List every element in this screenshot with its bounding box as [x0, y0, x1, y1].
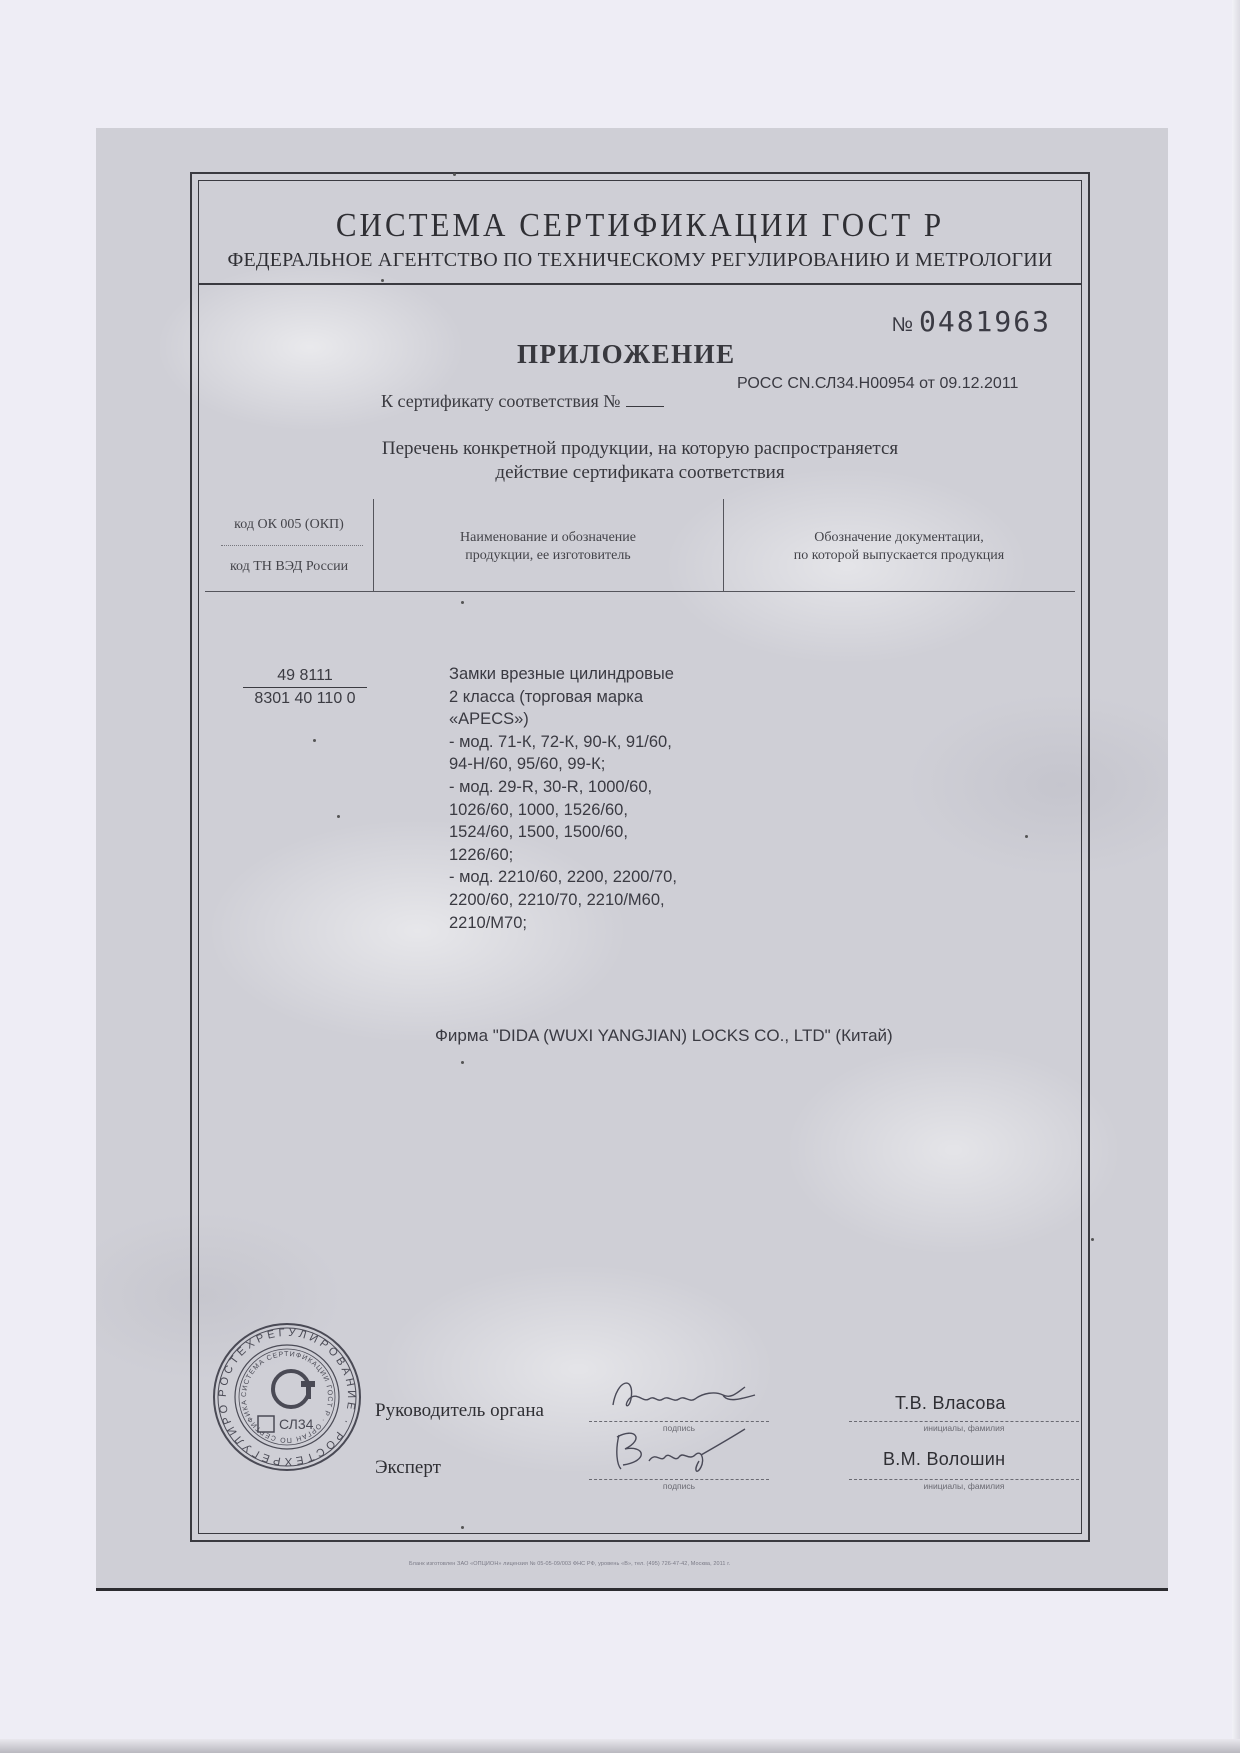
column-header-documentation-line2: по которой выпускается продукция — [723, 547, 1075, 565]
scan-speck — [461, 1061, 464, 1064]
page-edge — [1232, 0, 1240, 1753]
column-header-product-line1: Наименование и обозначение — [373, 529, 723, 547]
column-header-documentation: Обозначение документации, по которой вып… — [723, 499, 1075, 591]
page-shadow — [0, 1739, 1240, 1753]
head-name-caption: инициалы, фамилия — [849, 1423, 1079, 1433]
product-description-line: Замки врезные цилиндровые — [449, 663, 769, 686]
expert-signature-caption: подпись — [589, 1481, 769, 1491]
product-description-line: 1524/60, 1500, 1500/60, — [449, 821, 769, 844]
manufacturer: Фирма "DIDA (WUXI YANGJIAN) LOCKS CO., L… — [435, 1026, 893, 1046]
number-sign: № — [892, 314, 913, 336]
certificate-number-blank — [626, 406, 664, 407]
certificate-inner-frame: СИСТЕМА СЕРТИФИКАЦИИ ГОСТ Р ФЕДЕРАЛЬНОЕ … — [198, 180, 1082, 1534]
product-description-line: - мод. 2210/60, 2200, 2200/70, — [449, 866, 769, 889]
form-number: №0481963 — [892, 305, 1051, 338]
expert-name-line — [849, 1479, 1079, 1480]
column-header-codes: код ОК 005 (ОКП) код ТН ВЭД России — [205, 499, 374, 591]
head-name: Т.В. Власова — [895, 1393, 1006, 1414]
column-header-okp: код ОК 005 (ОКП) — [205, 517, 373, 533]
product-description-line: «APECS») — [449, 708, 769, 731]
column-header-documentation-line1: Обозначение документации, — [723, 529, 1075, 547]
certificate-frame: СИСТЕМА СЕРТИФИКАЦИИ ГОСТ Р ФЕДЕРАЛЬНОЕ … — [190, 172, 1090, 1542]
to-certificate-text: К сертификату соответствия № — [381, 391, 620, 411]
expert-name: В.М. Волошин — [883, 1449, 1005, 1470]
to-certificate-label: К сертификату соответствия № — [381, 391, 664, 412]
head-of-body-label: Руководитель органа — [375, 1400, 544, 1422]
column-header-tnved: код ТН ВЭД России — [205, 559, 373, 575]
codes-divider — [221, 545, 363, 546]
product-description-line: 2 класса (торговая марка — [449, 686, 769, 709]
scan-speck — [1091, 1238, 1094, 1241]
product-description: Замки врезные цилиндровые 2 класса (торг… — [449, 663, 769, 934]
product-description-line: - мод. 71-К, 72-К, 90-К, 91/60, — [449, 731, 769, 754]
expert-signature-line — [589, 1479, 769, 1480]
column-header-product: Наименование и обозначение продукции, ее… — [373, 499, 724, 591]
expert-signature-icon — [605, 1421, 765, 1481]
head-name-line — [849, 1421, 1079, 1422]
product-list-title-line2: действие сертификата соответствия — [199, 461, 1081, 485]
table-row-codes: 49 8111 8301 40 110 0 — [235, 667, 375, 708]
table-header: код ОК 005 (ОКП) код ТН ВЭД России Наиме… — [205, 499, 1075, 592]
system-title: СИСТЕМА СЕРТИФИКАЦИИ ГОСТ Р — [199, 206, 1081, 245]
scan-speck — [337, 815, 340, 818]
scan-speck — [461, 1526, 464, 1529]
code-tnved: 8301 40 110 0 — [235, 690, 375, 708]
product-list-title-line1: Перечень конкретной продукции, на котору… — [199, 437, 1081, 461]
product-description-line: 1026/60, 1000, 1526/60, — [449, 799, 769, 822]
expert-label: Эксперт — [375, 1457, 441, 1479]
certificate-reference: РОСС CN.СЛ34.Н00954 от 09.12.2011 — [737, 375, 1018, 393]
scan-speck — [1025, 835, 1028, 838]
page-title: ПРИЛОЖЕНИЕ — [517, 339, 736, 370]
scan-speck — [381, 279, 384, 282]
product-description-line: - мод. 29-R, 30-R, 1000/60, — [449, 776, 769, 799]
code-okp: 49 8111 — [243, 667, 367, 688]
column-header-product-line2: продукции, ее изготовитель — [373, 547, 723, 565]
product-list-title: Перечень конкретной продукции, на котору… — [199, 437, 1081, 485]
product-description-line: 94-Н/60, 95/60, 99-К; — [449, 753, 769, 776]
head-signature-icon — [605, 1369, 765, 1419]
svg-text:СЛ34: СЛ34 — [279, 1416, 314, 1432]
scan-speck — [453, 173, 456, 176]
scan-speck — [461, 601, 464, 604]
header-divider — [199, 283, 1081, 285]
sheet-bottom-rule — [96, 1588, 1168, 1591]
product-description-line: 1226/60; — [449, 844, 769, 867]
product-description-line: 2200/60, 2210/70, 2210/М60, — [449, 889, 769, 912]
form-microprint: Бланк изготовлен ЗАО «ОПЦИОН» лицензия №… — [409, 1561, 909, 1567]
expert-name-caption: инициалы, фамилия — [849, 1481, 1079, 1491]
form-number-value: 0481963 — [919, 305, 1051, 338]
certification-stamp-icon: РОСТЕХРЕГУЛИРОВАНИЕ · РОСТЕХРЕГУЛИРОВАНИ… — [211, 1321, 363, 1473]
product-description-line: 2210/М70; — [449, 912, 769, 935]
scan-speck — [313, 739, 316, 742]
agency-name: ФЕДЕРАЛЬНОЕ АГЕНТСТВО ПО ТЕХНИЧЕСКОМУ РЕ… — [199, 249, 1081, 272]
